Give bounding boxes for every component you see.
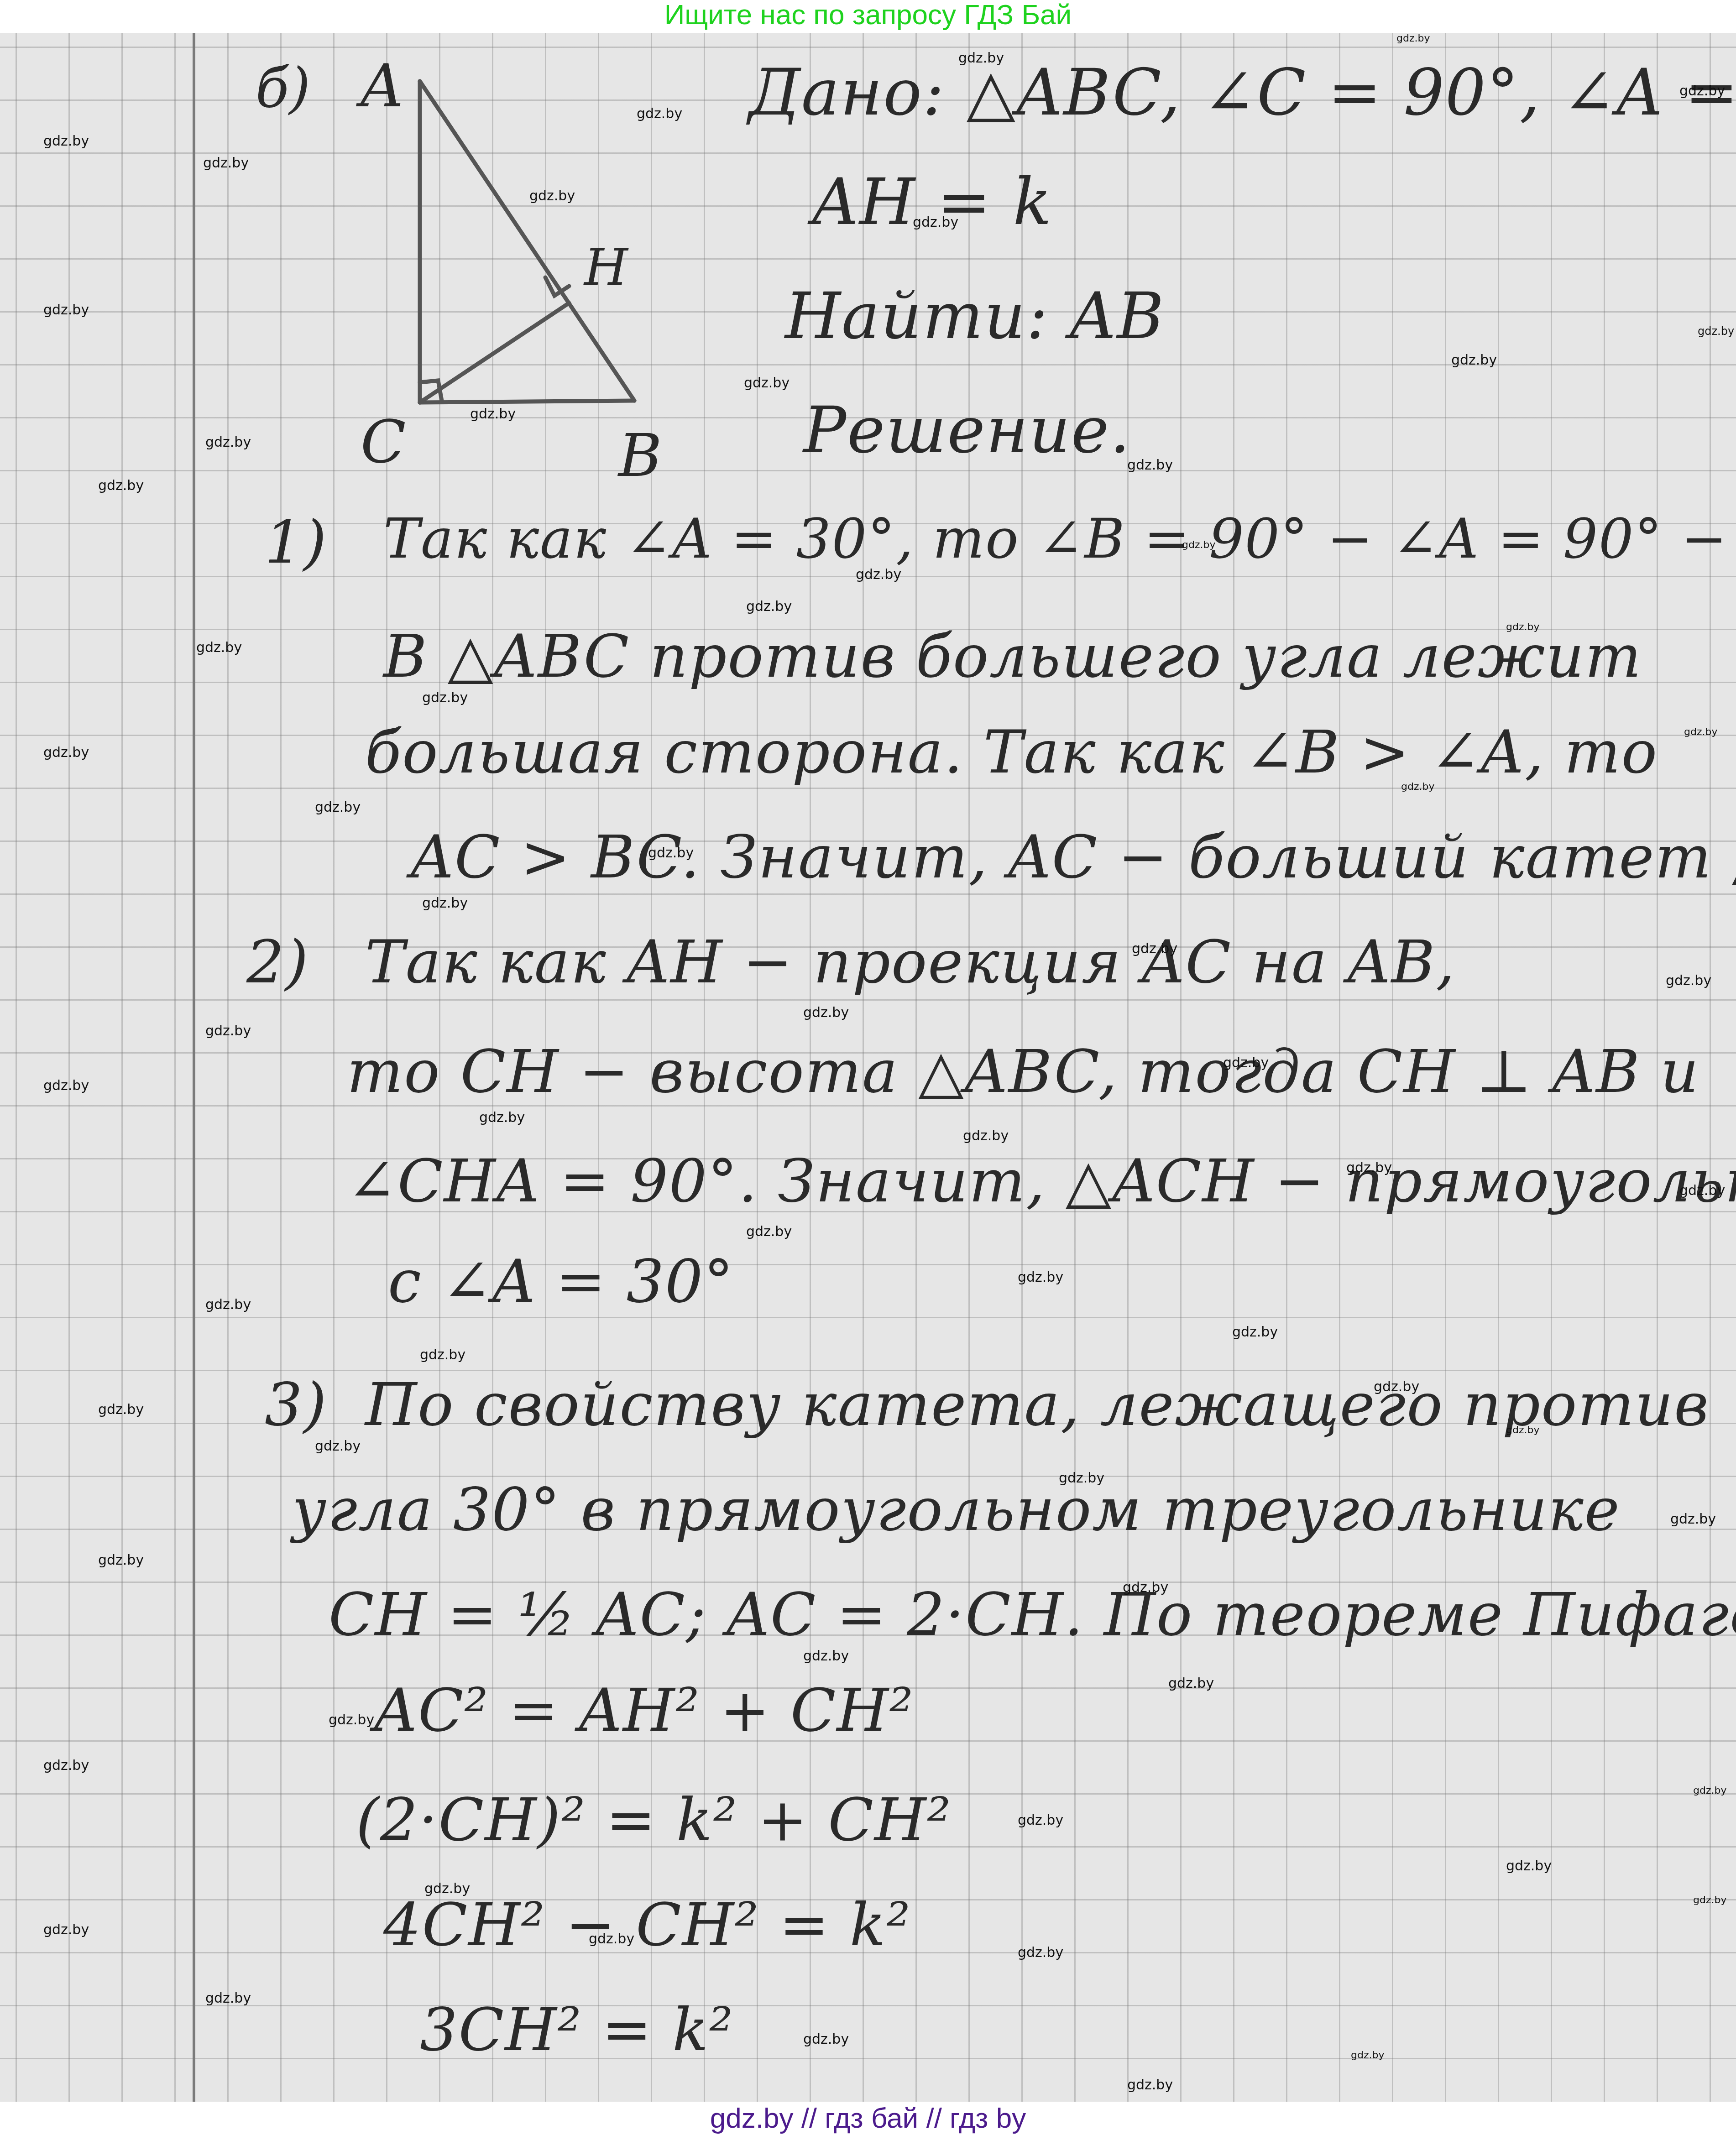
watermark: gdz.by (1223, 1055, 1269, 1071)
given-line-1: Дано: △ABC, ∠C = 90°, ∠A = 30° (748, 56, 1736, 130)
watermark: gdz.by (1018, 1945, 1063, 1961)
watermark: gdz.by (43, 302, 89, 318)
watermark: gdz.by (1684, 726, 1717, 738)
watermark: gdz.by (1679, 1183, 1725, 1199)
watermark: gdz.by (1346, 1160, 1392, 1176)
step-1-line-1: Так как ∠A = 30°, то ∠B = 90° − ∠A = 90°… (383, 507, 1736, 571)
watermark: gdz.by (98, 1552, 144, 1568)
watermark: gdz.by (1506, 1858, 1552, 1874)
altitude-ch (420, 303, 569, 402)
watermark: gdz.by (470, 406, 516, 422)
watermark: gdz.by (43, 1758, 89, 1774)
watermark: gdz.by (422, 690, 468, 706)
watermark: gdz.by (913, 214, 958, 230)
watermark: gdz.by (746, 1224, 792, 1240)
watermark: gdz.by (1693, 1785, 1726, 1796)
notebook-page: б) A H C B Дано: △ABC, ∠C = 90°, ∠A = 30… (0, 33, 1736, 2102)
watermark: gdz.by (1401, 781, 1434, 793)
equation-4: 3CH² = k² (420, 1995, 734, 2064)
side-cb (420, 401, 634, 402)
watermark: gdz.by (1059, 1470, 1104, 1486)
watermark: gdz.by (1132, 941, 1177, 957)
watermark: gdz.by (205, 1297, 251, 1313)
watermark: gdz.by (1127, 2077, 1173, 2093)
watermark: gdz.by (420, 1347, 465, 1363)
step-1-line-4: AC > BC. Значит, AC − больший катет △ABC (411, 822, 1736, 892)
watermark: gdz.by (746, 599, 792, 615)
watermark: gdz.by (203, 155, 249, 171)
watermark: gdz.by (1127, 457, 1173, 473)
watermark: gdz.by (1168, 1676, 1214, 1691)
watermark: gdz.by (1351, 2050, 1384, 2061)
find-line: Найти: AB (785, 279, 1165, 354)
watermark: gdz.by (1123, 1580, 1168, 1596)
watermark: gdz.by (315, 1438, 361, 1454)
watermark: gdz.by (315, 799, 361, 815)
equation-1: AC² = AH² + CH² (374, 1676, 914, 1745)
watermark: gdz.by (637, 106, 682, 122)
step-1-line-2: В △ABC против большего угла лежит (383, 621, 1642, 691)
watermark: gdz.by (803, 2031, 849, 2047)
step-3-number: 3) (265, 1370, 327, 1439)
equation-3: 4CH² − CH² = k² (383, 1890, 911, 1959)
equation-2: (2·CH)² = k² + CH² (356, 1785, 952, 1854)
watermark: gdz.by (1506, 1425, 1539, 1436)
vertex-label-b: B (618, 421, 662, 490)
watermark: gdz.by (958, 50, 1004, 66)
watermark: gdz.by (43, 133, 89, 149)
watermark: gdz.by (1374, 1379, 1419, 1395)
watermark: gdz.by (803, 1005, 849, 1021)
watermark: gdz.by (589, 1931, 634, 1947)
step-1-line-3: большая сторона. Так как ∠B > ∠A, то (365, 717, 1658, 787)
step-1-number: 1) (265, 507, 327, 577)
watermark: gdz.by (98, 478, 144, 494)
watermark: gdz.by (1451, 352, 1497, 368)
watermark: gdz.by (205, 1990, 251, 2006)
watermark: gdz.by (744, 375, 790, 391)
watermark: gdz.by (196, 640, 242, 656)
watermark: gdz.by (1666, 973, 1711, 989)
watermark: gdz.by (43, 1078, 89, 1094)
watermark: gdz.by (856, 567, 901, 583)
step-2-line-3: ∠CHA = 90°. Значит, △ACH − прямоугольный (347, 1146, 1736, 1216)
solution-title: Решение. (803, 393, 1131, 468)
step-2-line-4: с ∠A = 30° (388, 1247, 734, 1316)
step-3-line-2: угла 30° в прямоугольном треугольнике (292, 1475, 1621, 1544)
step-2-number: 2) (246, 927, 309, 997)
vertex-label-h: H (584, 238, 628, 297)
watermark: gdz.by (1693, 1895, 1726, 1906)
vertex-label-a: A (361, 51, 403, 120)
watermark: gdz.by (1506, 621, 1539, 633)
watermark: gdz.by (1698, 325, 1734, 338)
watermark: gdz.by (648, 845, 694, 861)
watermark: gdz.by (422, 895, 468, 911)
watermark: gdz.by (1182, 539, 1215, 551)
step-3-line-3: CH = ½ AC; AC = 2·CH. По теореме Пифагор… (329, 1580, 1736, 1649)
top-banner: Ищите нас по запросу ГДЗ Бай (0, 0, 1736, 33)
watermark: gdz.by (424, 1881, 470, 1897)
watermark: gdz.by (1018, 1269, 1063, 1285)
watermark: gdz.by (963, 1128, 1009, 1144)
watermark: gdz.by (803, 1648, 849, 1664)
bottom-banner: gdz.by // гдз бай // гдз by (0, 2102, 1736, 2135)
watermark: gdz.by (98, 1402, 144, 1418)
watermark: gdz.by (329, 1712, 374, 1728)
watermark: gdz.by (479, 1110, 525, 1126)
watermark: gdz.by (1232, 1324, 1278, 1340)
watermark: gdz.by (43, 745, 89, 761)
part-label: б) (256, 57, 310, 120)
step-2-line-2: то CH − высота △ABC, тогда CH ⊥ AB и (347, 1037, 1699, 1106)
watermark: gdz.by (1396, 33, 1430, 44)
step-2-line-1: Так как AH − проекция AC на AB, (365, 927, 1456, 997)
vertex-label-c: C (361, 407, 406, 476)
watermark: gdz.by (1018, 1812, 1063, 1828)
watermark: gdz.by (43, 1922, 89, 1938)
watermark: gdz.by (529, 188, 575, 204)
watermark: gdz.by (1670, 1511, 1716, 1527)
watermark: gdz.by (205, 1023, 251, 1039)
watermark: gdz.by (1679, 83, 1725, 99)
watermark: gdz.by (205, 434, 251, 450)
